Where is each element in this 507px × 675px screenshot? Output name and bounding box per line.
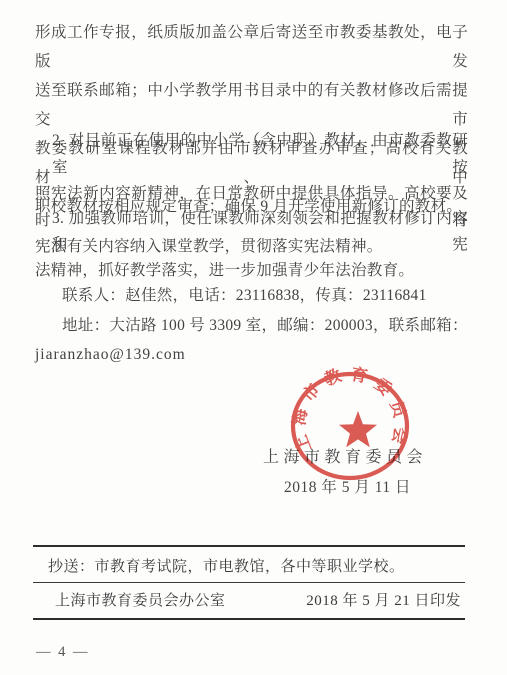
body-line: 3. 加强教师培训，使任课教师深刻领会和把握教材修订内容和宪 bbox=[35, 206, 468, 258]
page-number: — 4 — bbox=[36, 644, 90, 661]
body-line: 2. 对目前正在使用的中小学（含中职）教材，由市教委教研室按 bbox=[35, 128, 468, 181]
print-date: 2018 年 5 月 21 日印发 bbox=[306, 589, 461, 610]
footer-rule-bottom bbox=[33, 618, 465, 620]
issuer-office: 上海市教育委员会办公室 bbox=[55, 589, 226, 610]
contact-email: jiaranzhao@139.com bbox=[35, 340, 468, 370]
issue-row: 上海市教育委员会办公室 2018 年 5 月 21 日印发 bbox=[33, 583, 465, 618]
star-icon bbox=[339, 411, 377, 447]
cc-line: 抄送：市教育考试院，市电教馆，各中等职业学校。 bbox=[33, 547, 465, 582]
colophon: 抄送：市教育考试院，市电教馆，各中等职业学校。 上海市教育委员会办公室 2018… bbox=[33, 545, 465, 620]
contact-block: 联系人：赵佳然，电话：23116838，传真：23116841 地址：大沽路 1… bbox=[35, 281, 468, 370]
body-line: 形成工作专报，纸质版加盖公章后寄送至市教委基教处，电子版发 bbox=[35, 18, 468, 76]
contact-person-line: 联系人：赵佳然，电话：23116838，传真：23116841 bbox=[35, 281, 468, 311]
document-page: 形成工作专报，纸质版加盖公章后寄送至市教委基教处，电子版发 送至联系邮箱；中小学… bbox=[0, 0, 507, 675]
seal-arc-text-holder: 上海市教育委员会 bbox=[288, 363, 411, 455]
signature-organization: 上海市教育委员会 bbox=[263, 444, 427, 467]
seal-arc-text: 上海市教育委员会 bbox=[288, 363, 411, 455]
contact-address-line: 地址：大沽路 100 号 3309 室，邮编：200003，联系邮箱： bbox=[35, 311, 468, 341]
signature-date: 2018 年 5 月 11 日 bbox=[284, 475, 411, 497]
paragraph-3: 3. 加强教师培训，使任课教师深刻领会和把握教材修订内容和宪 法精神，抓好教学落… bbox=[35, 206, 468, 284]
body-line: 送至联系邮箱；中小学教学用书目录中的有关教材修改后需提交市 bbox=[35, 76, 468, 134]
